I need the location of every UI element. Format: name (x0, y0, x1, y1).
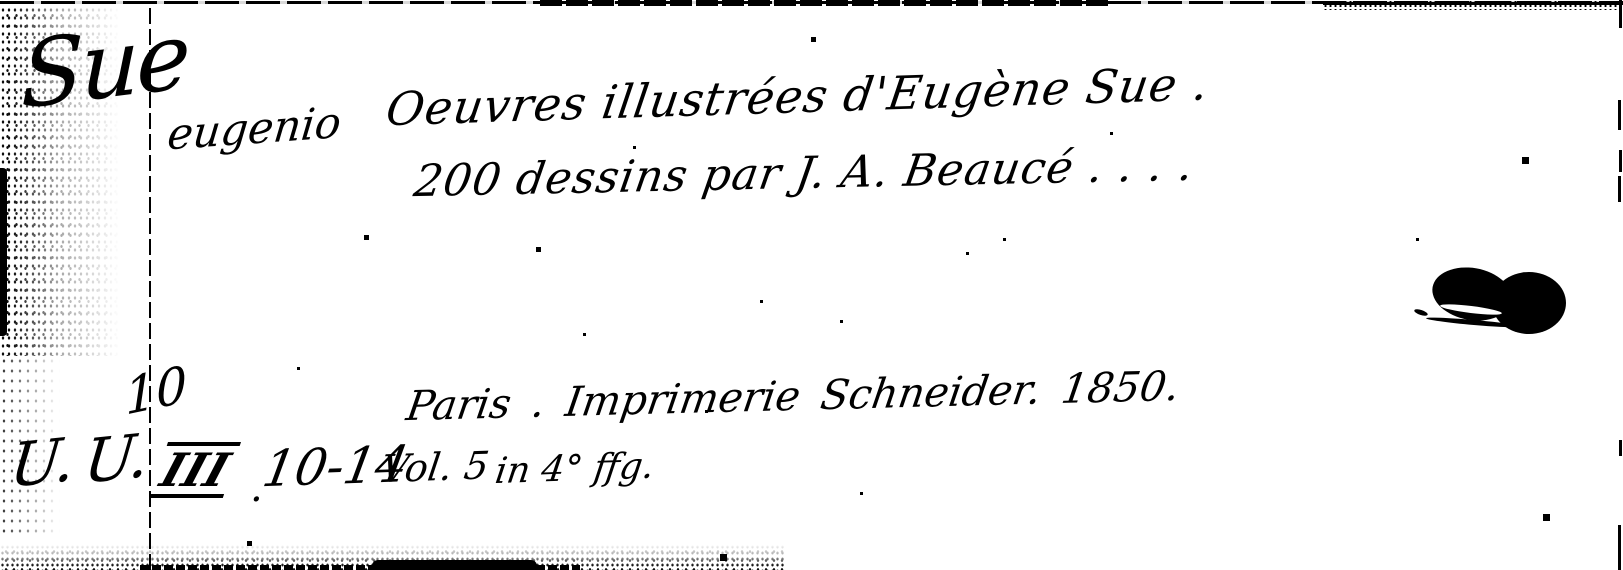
ink-blot (1432, 262, 1568, 336)
scan-right-edge-mark (1619, 150, 1622, 172)
shelfmark-format: in 4° ffg. (493, 448, 656, 490)
headword-author: Sue (20, 10, 188, 123)
scan-right-edge-mark (1618, 525, 1621, 570)
scan-right-edge-mark (1618, 100, 1621, 130)
scan-right-edge-mark (1619, 0, 1622, 28)
shelfmark-prefix-2: U. (82, 425, 152, 493)
shelfmark: U. U. 10 III . 10-14 Vol. 5 in 4° ffg. (12, 420, 692, 530)
scan-left-edge-mark (0, 168, 7, 336)
scan-right-edge-mark (1618, 176, 1621, 202)
scan-top-edge-right (1323, 0, 1623, 10)
scan-specks (0, 0, 3, 3)
annotation-first-name: eugenio (165, 102, 343, 158)
shelfmark-roman-numeral: III (150, 442, 241, 498)
scan-right-edge-mark (1619, 440, 1622, 456)
imprint-line: Paris . Imprimerie Schneider. 1850. (404, 366, 1182, 427)
shelfmark-superscript: 10 (124, 359, 188, 423)
scan-bottom-blob (372, 560, 537, 570)
shelfmark-prefix-1: U. (8, 429, 78, 497)
shelfmark-volume: Vol. 5 (379, 446, 492, 488)
title-line-2: 200 dessins par J. A. Beaucé . . . . (411, 144, 1197, 204)
ink-blot-tail (1414, 308, 1429, 317)
scan-top-edge-thick (540, 0, 1110, 6)
catalog-card-scan: Sue eugenio Oeuvres illustrées d'Eugène … (0, 0, 1623, 570)
title-line-1: Oeuvres illustrées d'Eugène Sue . (383, 60, 1212, 132)
